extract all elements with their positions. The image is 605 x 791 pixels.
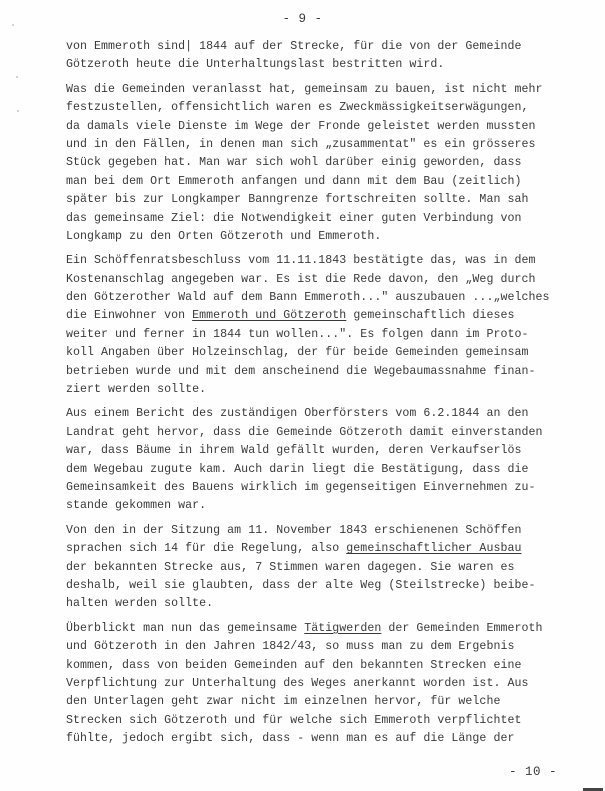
text-line: sprachen sich 14 für die Regelung, also …: [66, 540, 566, 558]
text-line: Aus einem Bericht des zuständigen Oberfö…: [66, 405, 566, 423]
text-segment: und Götzeroth in den Jahren 1842/43, so …: [66, 640, 514, 653]
page-number-top: - 9 -: [0, 12, 605, 26]
text-segment: halten werden sollte.: [66, 597, 213, 610]
text-segment: betrieben wurde und mit dem anscheinend …: [66, 365, 536, 378]
text-segment: Landrat geht hervor, dass die Gemeinde G…: [66, 426, 543, 439]
text-segment: den Götzerother Wald auf dem Bann Emmero…: [66, 291, 550, 304]
text-line: den Unterlagen geht zwar nicht im einzel…: [66, 693, 566, 711]
text-line: Kostenanschlag angegeben war. Es ist die…: [66, 271, 566, 289]
text-line: und Götzeroth in den Jahren 1842/43, so …: [66, 638, 566, 656]
text-segment: Strecken sich Götzeroth und für welche s…: [66, 714, 521, 727]
margin-speck: [16, 76, 18, 78]
text-line: fühlte, jedoch ergibt sich, dass - wenn …: [66, 730, 566, 748]
text-line: Ein Schöffenratsbeschluss vom 11.11.1843…: [66, 252, 566, 270]
text-line: festzustellen, offensichtlich waren es Z…: [66, 99, 566, 117]
text-line: weiter und ferner in 1844 tun wollen..."…: [66, 326, 566, 344]
text-line: da damals viele Dienste im Wege der Fron…: [66, 118, 566, 136]
margin-speck: [17, 110, 19, 112]
text-segment: der Gemeinden Emmeroth: [381, 622, 542, 635]
text-segment: Was die Gemeinden veranlasst hat, gemein…: [66, 83, 543, 96]
text-line: stande gekommen war.: [66, 497, 566, 515]
text-segment: koll Angaben über Holzeinschlag, der für…: [66, 346, 529, 359]
text-line: Strecken sich Götzeroth und für welche s…: [66, 712, 566, 730]
text-line: Stück gegeben hat. Man war sich wohl dar…: [66, 154, 566, 172]
text-segment: dem Wegebau zugute kam. Auch darin liegt…: [66, 463, 529, 476]
text-segment: Gemeinsamkeit des Bauens wirklich im geg…: [66, 481, 536, 494]
text-line: das gemeinsame Ziel: die Notwendigkeit e…: [66, 210, 566, 228]
text-segment: gemeinschaftlich dieses: [346, 309, 514, 322]
text-segment: stande gekommen war.: [66, 499, 206, 512]
text-line: koll Angaben über Holzeinschlag, der für…: [66, 344, 566, 362]
document-page: - 9 - von Emmeroth sind| 1844 auf der St…: [0, 0, 605, 791]
page-number-next: - 10 -: [509, 765, 557, 779]
text-line: und in den Fällen, in denen man sich „zu…: [66, 136, 566, 154]
underlined-phrase: Tätigwerden: [304, 622, 381, 635]
text-segment: den Unterlagen geht zwar nicht im einzel…: [66, 695, 500, 708]
text-segment: da damals viele Dienste im Wege der Fron…: [66, 120, 536, 133]
text-segment: weiter und ferner in 1844 tun wollen..."…: [66, 328, 529, 341]
text-line: kommen, dass von beiden Gemeinden auf de…: [66, 657, 566, 675]
text-segment: deshalb, weil sie glaubten, dass der alt…: [66, 579, 536, 592]
text-segment: Von den in der Sitzung am 11. November 1…: [66, 524, 521, 537]
paragraph: Ein Schöffenratsbeschluss vom 11.11.1843…: [66, 252, 566, 399]
text-line: später bis zur Longkamper Banngrenze for…: [66, 191, 566, 209]
text-line: Götzeroth heute die Unterhaltungslast be…: [66, 56, 566, 74]
text-segment: Longkamp zu den Orten Götzeroth und Emme…: [66, 230, 381, 243]
text-line: Von den in der Sitzung am 11. November 1…: [66, 522, 566, 540]
underlined-phrase: gemeinschaftlicher Ausbau: [346, 542, 521, 555]
paragraph: Überblickt man nun das gemeinsame Tätigw…: [66, 620, 566, 749]
text-line: den Götzerother Wald auf dem Bann Emmero…: [66, 289, 566, 307]
text-line: die Einwohner von Emmeroth und Götzeroth…: [66, 307, 566, 325]
text-segment: von Emmeroth sind| 1844 auf der Strecke,…: [66, 40, 521, 53]
paragraph: Von den in der Sitzung am 11. November 1…: [66, 522, 566, 614]
text-line: deshalb, weil sie glaubten, dass der alt…: [66, 577, 566, 595]
text-line: Longkamp zu den Orten Götzeroth und Emme…: [66, 228, 566, 246]
underlined-phrase: Emmeroth und Götzeroth: [192, 309, 346, 322]
text-line: Was die Gemeinden veranlasst hat, gemein…: [66, 81, 566, 99]
text-segment: Aus einem Bericht des zuständigen Oberfö…: [66, 407, 529, 420]
text-segment: das gemeinsame Ziel: die Notwendigkeit e…: [66, 212, 521, 225]
text-segment: und in den Fällen, in denen man sich „zu…: [66, 138, 536, 151]
text-segment: Götzeroth heute die Unterhaltungslast be…: [66, 58, 444, 71]
text-line: Gemeinsamkeit des Bauens wirklich im geg…: [66, 479, 566, 497]
text-segment: die Einwohner von: [66, 309, 192, 322]
text-segment: Stück gegeben hat. Man war sich wohl dar…: [66, 156, 521, 169]
text-segment: Ein Schöffenratsbeschluss vom 11.11.1843…: [66, 254, 536, 267]
text-line: man bei dem Ort Emmeroth anfangen und da…: [66, 173, 566, 191]
text-segment: man bei dem Ort Emmeroth anfangen und da…: [66, 175, 521, 188]
document-body: von Emmeroth sind| 1844 auf der Strecke,…: [66, 38, 566, 754]
text-line: betrieben wurde und mit dem anscheinend …: [66, 363, 566, 381]
text-line: ziert werden sollte.: [66, 381, 566, 399]
text-segment: sprachen sich 14 für die Regelung, also: [66, 542, 346, 555]
text-segment: ziert werden sollte.: [66, 383, 206, 396]
text-segment: der bekannten Strecke aus, 7 Stimmen war…: [66, 561, 514, 574]
text-segment: später bis zur Longkamper Banngrenze for…: [66, 193, 529, 206]
text-line: dem Wegebau zugute kam. Auch darin liegt…: [66, 461, 566, 479]
paragraph: von Emmeroth sind| 1844 auf der Strecke,…: [66, 38, 566, 75]
text-segment: Kostenanschlag angegeben war. Es ist die…: [66, 273, 536, 286]
text-line: war, dass Bäume in ihrem Wald gefällt wu…: [66, 442, 566, 460]
paragraph: Was die Gemeinden veranlasst hat, gemein…: [66, 81, 566, 247]
text-line: Überblickt man nun das gemeinsame Tätigw…: [66, 620, 566, 638]
text-line: Landrat geht hervor, dass die Gemeinde G…: [66, 424, 566, 442]
text-segment: kommen, dass von beiden Gemeinden auf de…: [66, 659, 521, 672]
paragraph: Aus einem Bericht des zuständigen Oberfö…: [66, 405, 566, 515]
text-line: Verpflichtung zur Unterhaltung des Weges…: [66, 675, 566, 693]
text-segment: festzustellen, offensichtlich waren es Z…: [66, 101, 529, 114]
text-line: der bekannten Strecke aus, 7 Stimmen war…: [66, 559, 566, 577]
text-segment: fühlte, jedoch ergibt sich, dass - wenn …: [66, 732, 514, 745]
text-line: von Emmeroth sind| 1844 auf der Strecke,…: [66, 38, 566, 56]
text-segment: Überblickt man nun das gemeinsame: [66, 622, 304, 635]
text-line: halten werden sollte.: [66, 595, 566, 613]
text-segment: Verpflichtung zur Unterhaltung des Weges…: [66, 677, 529, 690]
text-segment: war, dass Bäume in ihrem Wald gefällt wu…: [66, 444, 521, 457]
